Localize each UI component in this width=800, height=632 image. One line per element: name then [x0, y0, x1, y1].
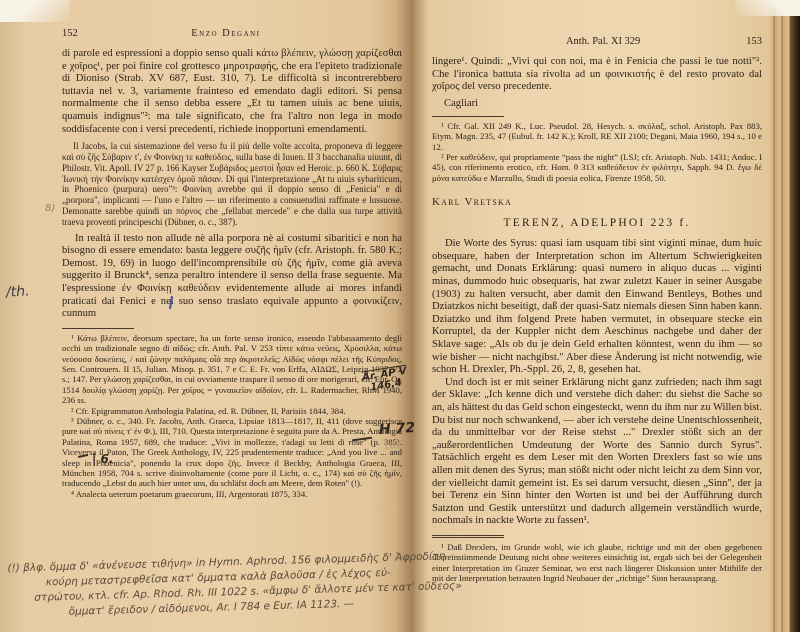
left-footnote-1: ¹ Κάτω βλέπειν, deorsum spectare, ha un …	[62, 333, 402, 406]
margin-small-mark: 8)	[45, 203, 55, 214]
left-page-number: 152	[62, 28, 78, 39]
margin-correction-h72: H 72	[379, 420, 416, 438]
article2-title: TERENZ, ADELPHOI 223 f.	[432, 217, 762, 229]
right-running-head: Anth. Pal. XI 329	[460, 36, 746, 47]
left-running-head: Enzo Degani	[78, 28, 374, 39]
left-footnote-2: ² Cfr. Epigrammaton Anthologia Palatina,…	[62, 406, 402, 416]
left-paragraph-2: In realtà il testo non allude nè alla po…	[62, 233, 402, 321]
left-page: 152 Enzo Degani di parole ed espressioni…	[62, 28, 402, 622]
book-cover-edge	[790, 0, 800, 632]
right-page: Anth. Pal. XI 329 153 lingere¹. Quindi: …	[432, 36, 762, 622]
left-footnote-4: ⁴ Analecta ueterum poetarum graecorum, I…	[62, 489, 402, 499]
left-paragraph-1: di parole ed espressioni a doppio senso …	[62, 48, 402, 136]
handwritten-bottom-note: (!) βλφ. ὄμμα δ' «ἀνένευσε τιθήνη» in Hy…	[7, 551, 401, 622]
right-page-number: 153	[746, 36, 762, 47]
right-footnote-1: ¹ Cfr. Gal. XII 249 K., Luc. Pseudol. 28…	[432, 121, 762, 152]
article2-author: Karl Vretska	[432, 196, 762, 208]
article1-place-signature: Cagliari	[444, 98, 762, 109]
book-spread-photo: 152 Enzo Degani di parole ed espressioni…	[0, 0, 800, 632]
page-edge-stack	[770, 0, 792, 632]
right-footnote-rule-1	[432, 116, 504, 117]
article2-paragraph-2: Und doch ist er mit seiner Erklärung nic…	[432, 377, 762, 528]
left-footnote-rule	[62, 328, 134, 329]
article2-footnote-1: ¹ Daß Drexlers, im Grunde wohl, wie ich …	[432, 542, 762, 584]
footnote-inline-correction: | 6.	[92, 452, 113, 466]
right-article1-paragraph: lingere¹. Quindi: „Vivi qui con noi, ma …	[432, 56, 762, 94]
left-small-type-paragraph: Il Jacobs, la cui sistemazione del verso…	[62, 141, 402, 227]
right-footnote-2: ² Per καθεύδειν, qui propriamente “pass …	[432, 152, 762, 183]
scan-corner-top-right	[735, 0, 800, 16]
left-page-header: 152 Enzo Degani	[62, 28, 402, 39]
right-page-header: Anth. Pal. XI 329 153	[432, 36, 762, 47]
margin-ink-mark: /th.	[5, 283, 30, 301]
scan-corner-top-left	[0, 0, 70, 22]
right-footnote-rule-2	[432, 535, 504, 538]
article2-paragraph-1: Die Worte des Syrus: quasi iam usquam ti…	[432, 238, 762, 377]
